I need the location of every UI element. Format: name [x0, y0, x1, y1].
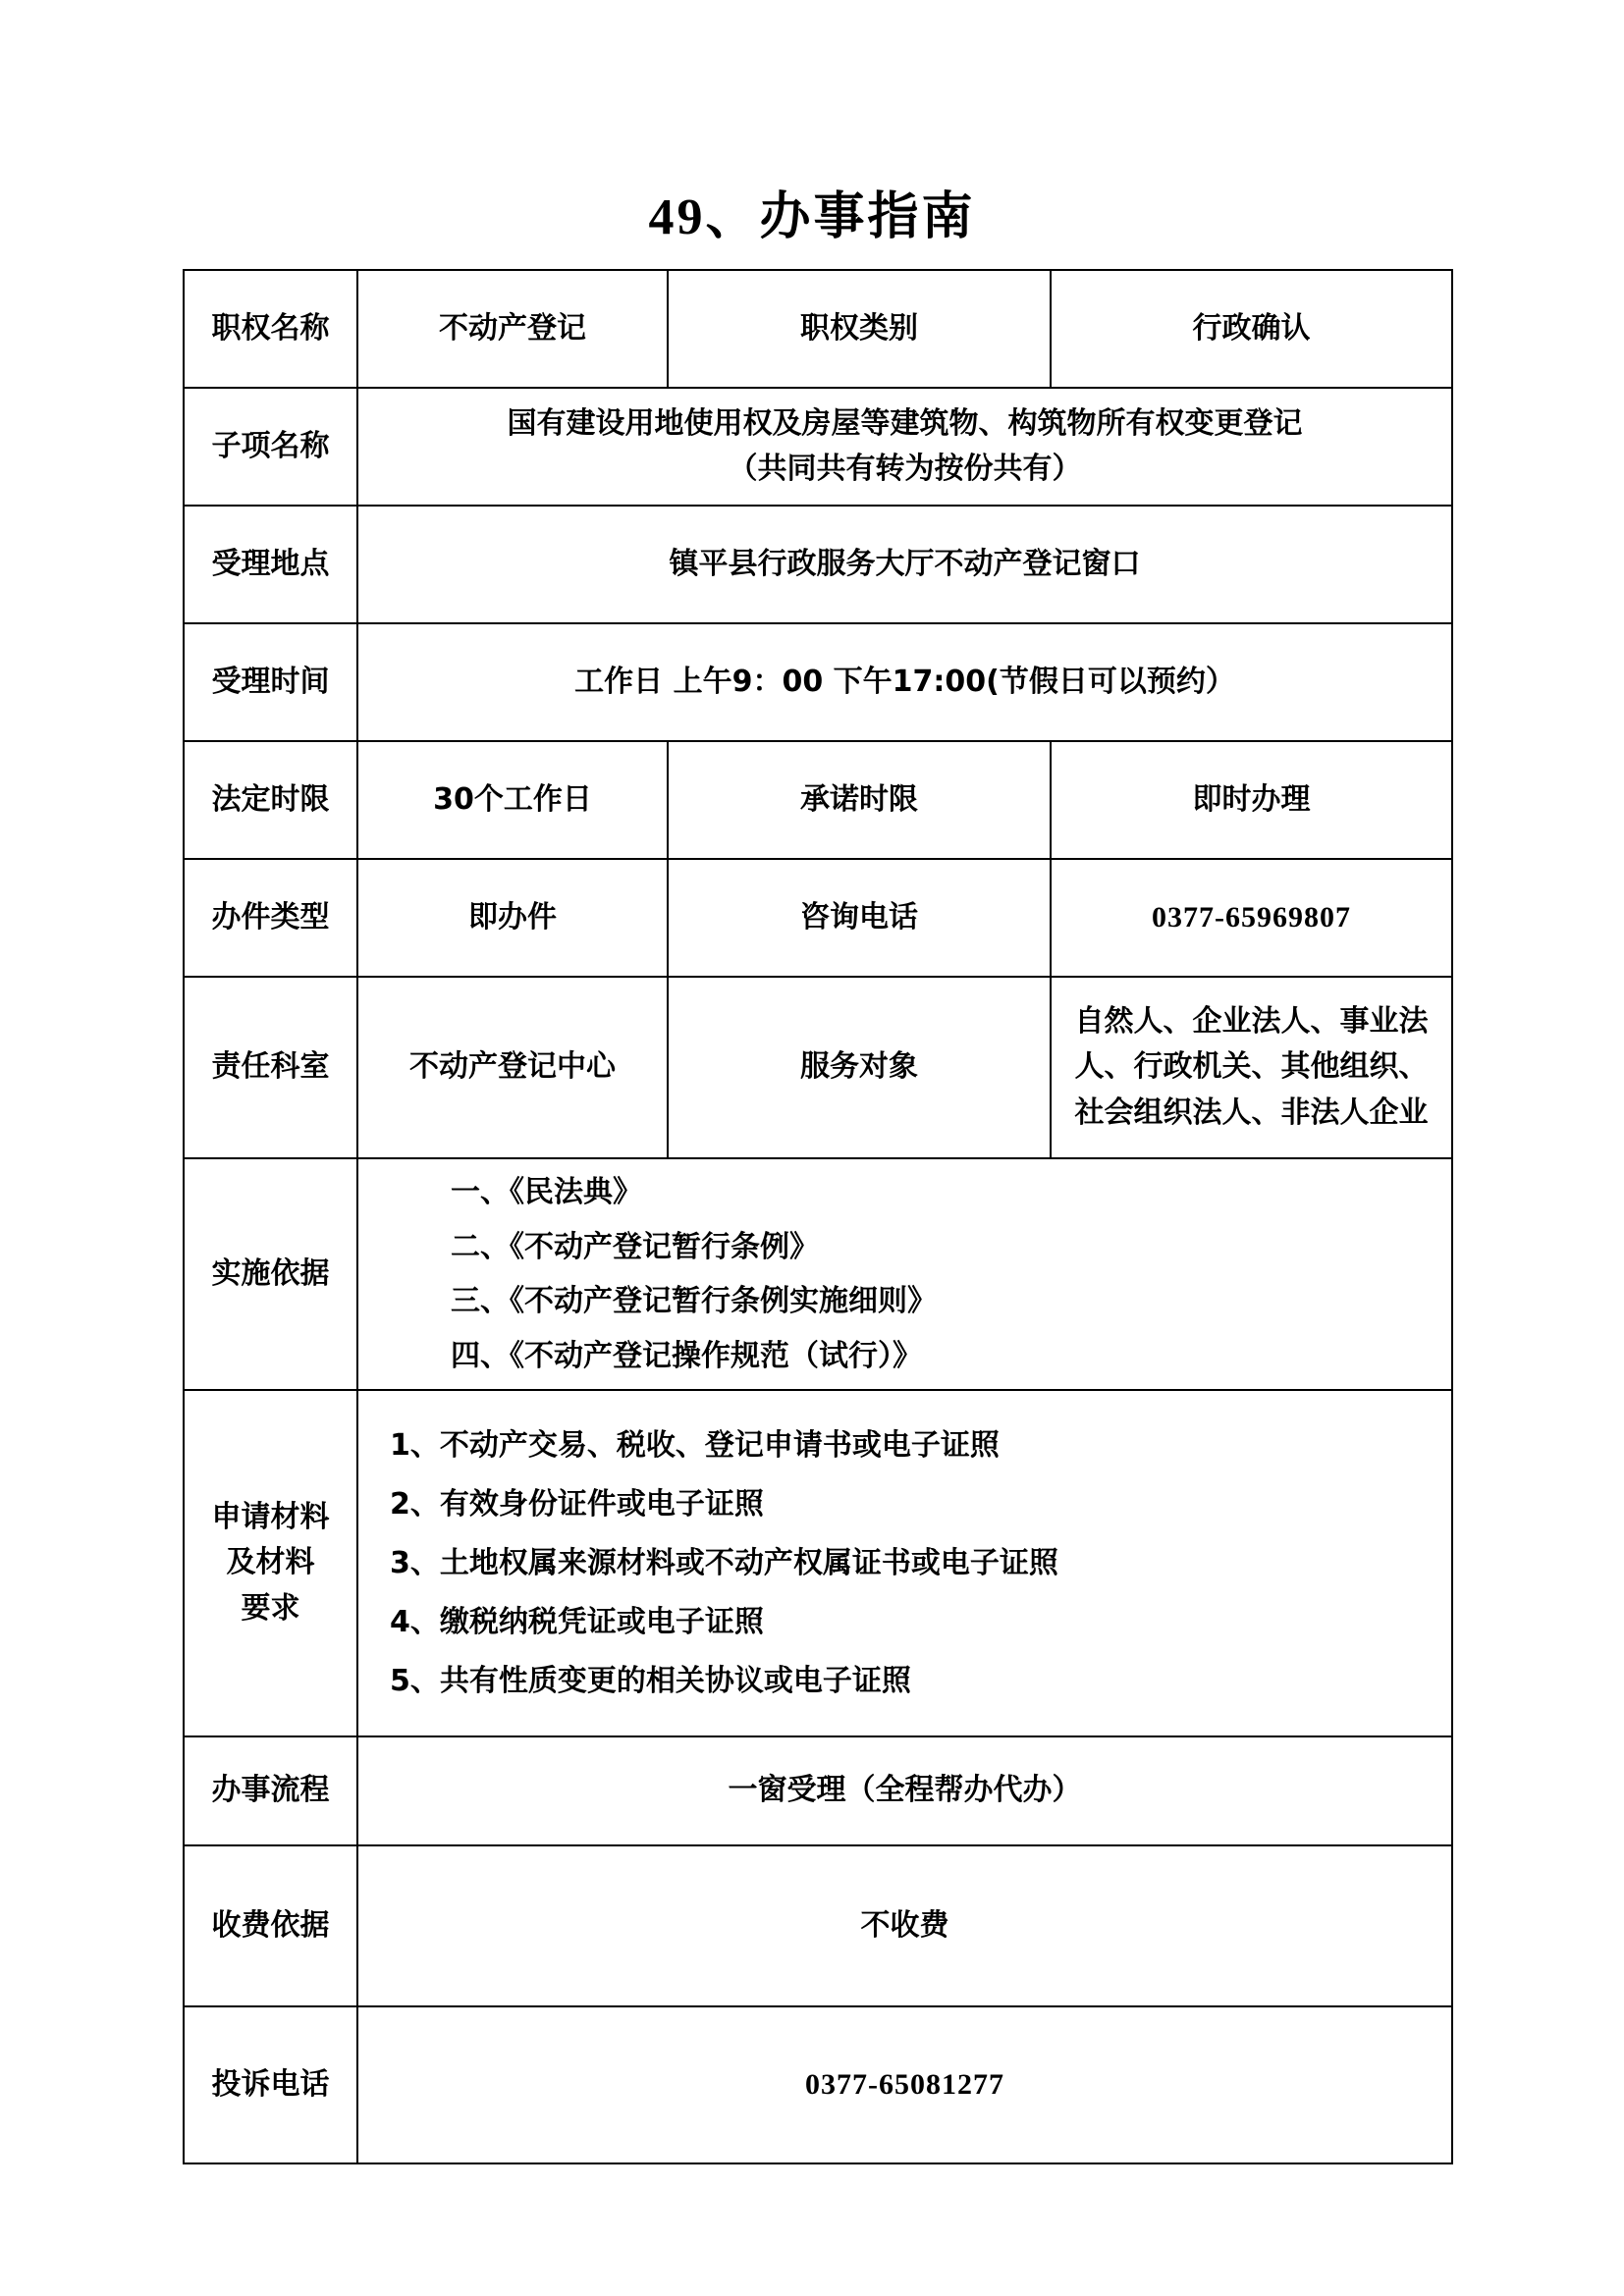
material-item-2: 2、有效身份证件或电子证照	[390, 1475, 1439, 1534]
consult-phone-label: 咨询电话	[668, 859, 1051, 977]
item-type-label: 办件类型	[184, 859, 357, 977]
fee-basis-value: 不收费	[357, 1845, 1452, 2006]
legal-time-limit-value: 30个工作日	[357, 741, 668, 859]
page-title: 49、办事指南	[0, 175, 1624, 248]
material-item-4: 4、缴税纳税凭证或电子证照	[390, 1593, 1439, 1652]
table-row-subitem-name: 子项名称 国有建设用地使用权及房屋等建筑物、构筑物所有权变更登记 （共同共有转为…	[184, 388, 1452, 506]
table-row-implementation-basis: 实施依据 一、《民法典》 二、《不动产登记暂行条例》 三、《不动产登记暂行条例实…	[184, 1158, 1452, 1390]
table-row-complaint-phone: 投诉电话 0377-65081277	[184, 2006, 1452, 2163]
implementation-basis-label: 实施依据	[184, 1158, 357, 1390]
legal-time-limit-label: 法定时限	[184, 741, 357, 859]
table-row-acceptance-time: 受理时间 工作日 上午9：00 下午17:00(节假日可以预约）	[184, 623, 1452, 741]
application-materials-label-line2: 及材料	[196, 1540, 345, 1586]
acceptance-time-value: 工作日 上午9：00 下午17:00(节假日可以预约）	[357, 623, 1452, 741]
service-target-label: 服务对象	[668, 977, 1051, 1158]
complaint-phone-label: 投诉电话	[184, 2006, 357, 2163]
process-value: 一窗受理（全程帮办代办）	[357, 1736, 1452, 1845]
power-name-label: 职权名称	[184, 270, 357, 388]
responsible-dept-label: 责任科室	[184, 977, 357, 1158]
service-target-value: 自然人、企业法人、事业法人、行政机关、其他组织、社会组织法人、非法人企业	[1051, 977, 1452, 1158]
application-materials-label: 申请材料 及材料 要求	[184, 1390, 357, 1736]
material-item-1: 1、不动产交易、税收、登记申请书或电子证照	[390, 1416, 1439, 1475]
process-label: 办事流程	[184, 1736, 357, 1845]
complaint-phone-value: 0377-65081277	[357, 2006, 1452, 2163]
subitem-name-value: 国有建设用地使用权及房屋等建筑物、构筑物所有权变更登记 （共同共有转为按份共有）	[357, 388, 1452, 506]
power-category-label: 职权类别	[668, 270, 1051, 388]
basis-item-4: 四、《不动产登记操作规范（试行）》	[451, 1329, 1439, 1384]
material-item-3: 3、土地权属来源材料或不动产权属证书或电子证照	[390, 1534, 1439, 1593]
table-row-item-type: 办件类型 即办件 咨询电话 0377-65969807	[184, 859, 1452, 977]
material-item-5: 5、共有性质变更的相关协议或电子证照	[390, 1652, 1439, 1711]
basis-item-1: 一、《民法典》	[451, 1165, 1439, 1220]
subitem-name-line2: （共同共有转为按份共有）	[370, 447, 1439, 493]
application-materials-label-line1: 申请材料	[196, 1495, 345, 1541]
table-row-process: 办事流程 一窗受理（全程帮办代办）	[184, 1736, 1452, 1845]
table-row-acceptance-location: 受理地点 镇平县行政服务大厅不动产登记窗口	[184, 506, 1452, 623]
acceptance-location-value: 镇平县行政服务大厅不动产登记窗口	[357, 506, 1452, 623]
consult-phone-value: 0377-65969807	[1051, 859, 1452, 977]
responsible-dept-value: 不动产登记中心	[357, 977, 668, 1158]
basis-item-2: 二、《不动产登记暂行条例》	[451, 1220, 1439, 1275]
fee-basis-label: 收费依据	[184, 1845, 357, 2006]
table-row-responsible-dept: 责任科室 不动产登记中心 服务对象 自然人、企业法人、事业法人、行政机关、其他组…	[184, 977, 1452, 1158]
implementation-basis-value: 一、《民法典》 二、《不动产登记暂行条例》 三、《不动产登记暂行条例实施细则》 …	[357, 1158, 1452, 1390]
promised-time-limit-label: 承诺时限	[668, 741, 1051, 859]
table-row-time-limits: 法定时限 30个工作日 承诺时限 即时办理	[184, 741, 1452, 859]
power-name-value: 不动产登记	[357, 270, 668, 388]
table-row-fee-basis: 收费依据 不收费	[184, 1845, 1452, 2006]
item-type-value: 即办件	[357, 859, 668, 977]
subitem-name-label: 子项名称	[184, 388, 357, 506]
acceptance-time-label: 受理时间	[184, 623, 357, 741]
acceptance-location-label: 受理地点	[184, 506, 357, 623]
document-page: { "page_title": "49、办事指南", "colors": { "…	[0, 0, 1624, 2296]
power-category-value: 行政确认	[1051, 270, 1452, 388]
basis-item-3: 三、《不动产登记暂行条例实施细则》	[451, 1274, 1439, 1329]
table-row-power-name: 职权名称 不动产登记 职权类别 行政确认	[184, 270, 1452, 388]
table-row-application-materials: 申请材料 及材料 要求 1、不动产交易、税收、登记申请书或电子证照 2、有效身份…	[184, 1390, 1452, 1736]
promised-time-limit-value: 即时办理	[1051, 741, 1452, 859]
subitem-name-line1: 国有建设用地使用权及房屋等建筑物、构筑物所有权变更登记	[370, 401, 1439, 448]
application-materials-value: 1、不动产交易、税收、登记申请书或电子证照 2、有效身份证件或电子证照 3、土地…	[357, 1390, 1452, 1736]
application-materials-label-line3: 要求	[196, 1586, 345, 1632]
service-guide-table: 职权名称 不动产登记 职权类别 行政确认 子项名称 国有建设用地使用权及房屋等建…	[183, 269, 1453, 2164]
